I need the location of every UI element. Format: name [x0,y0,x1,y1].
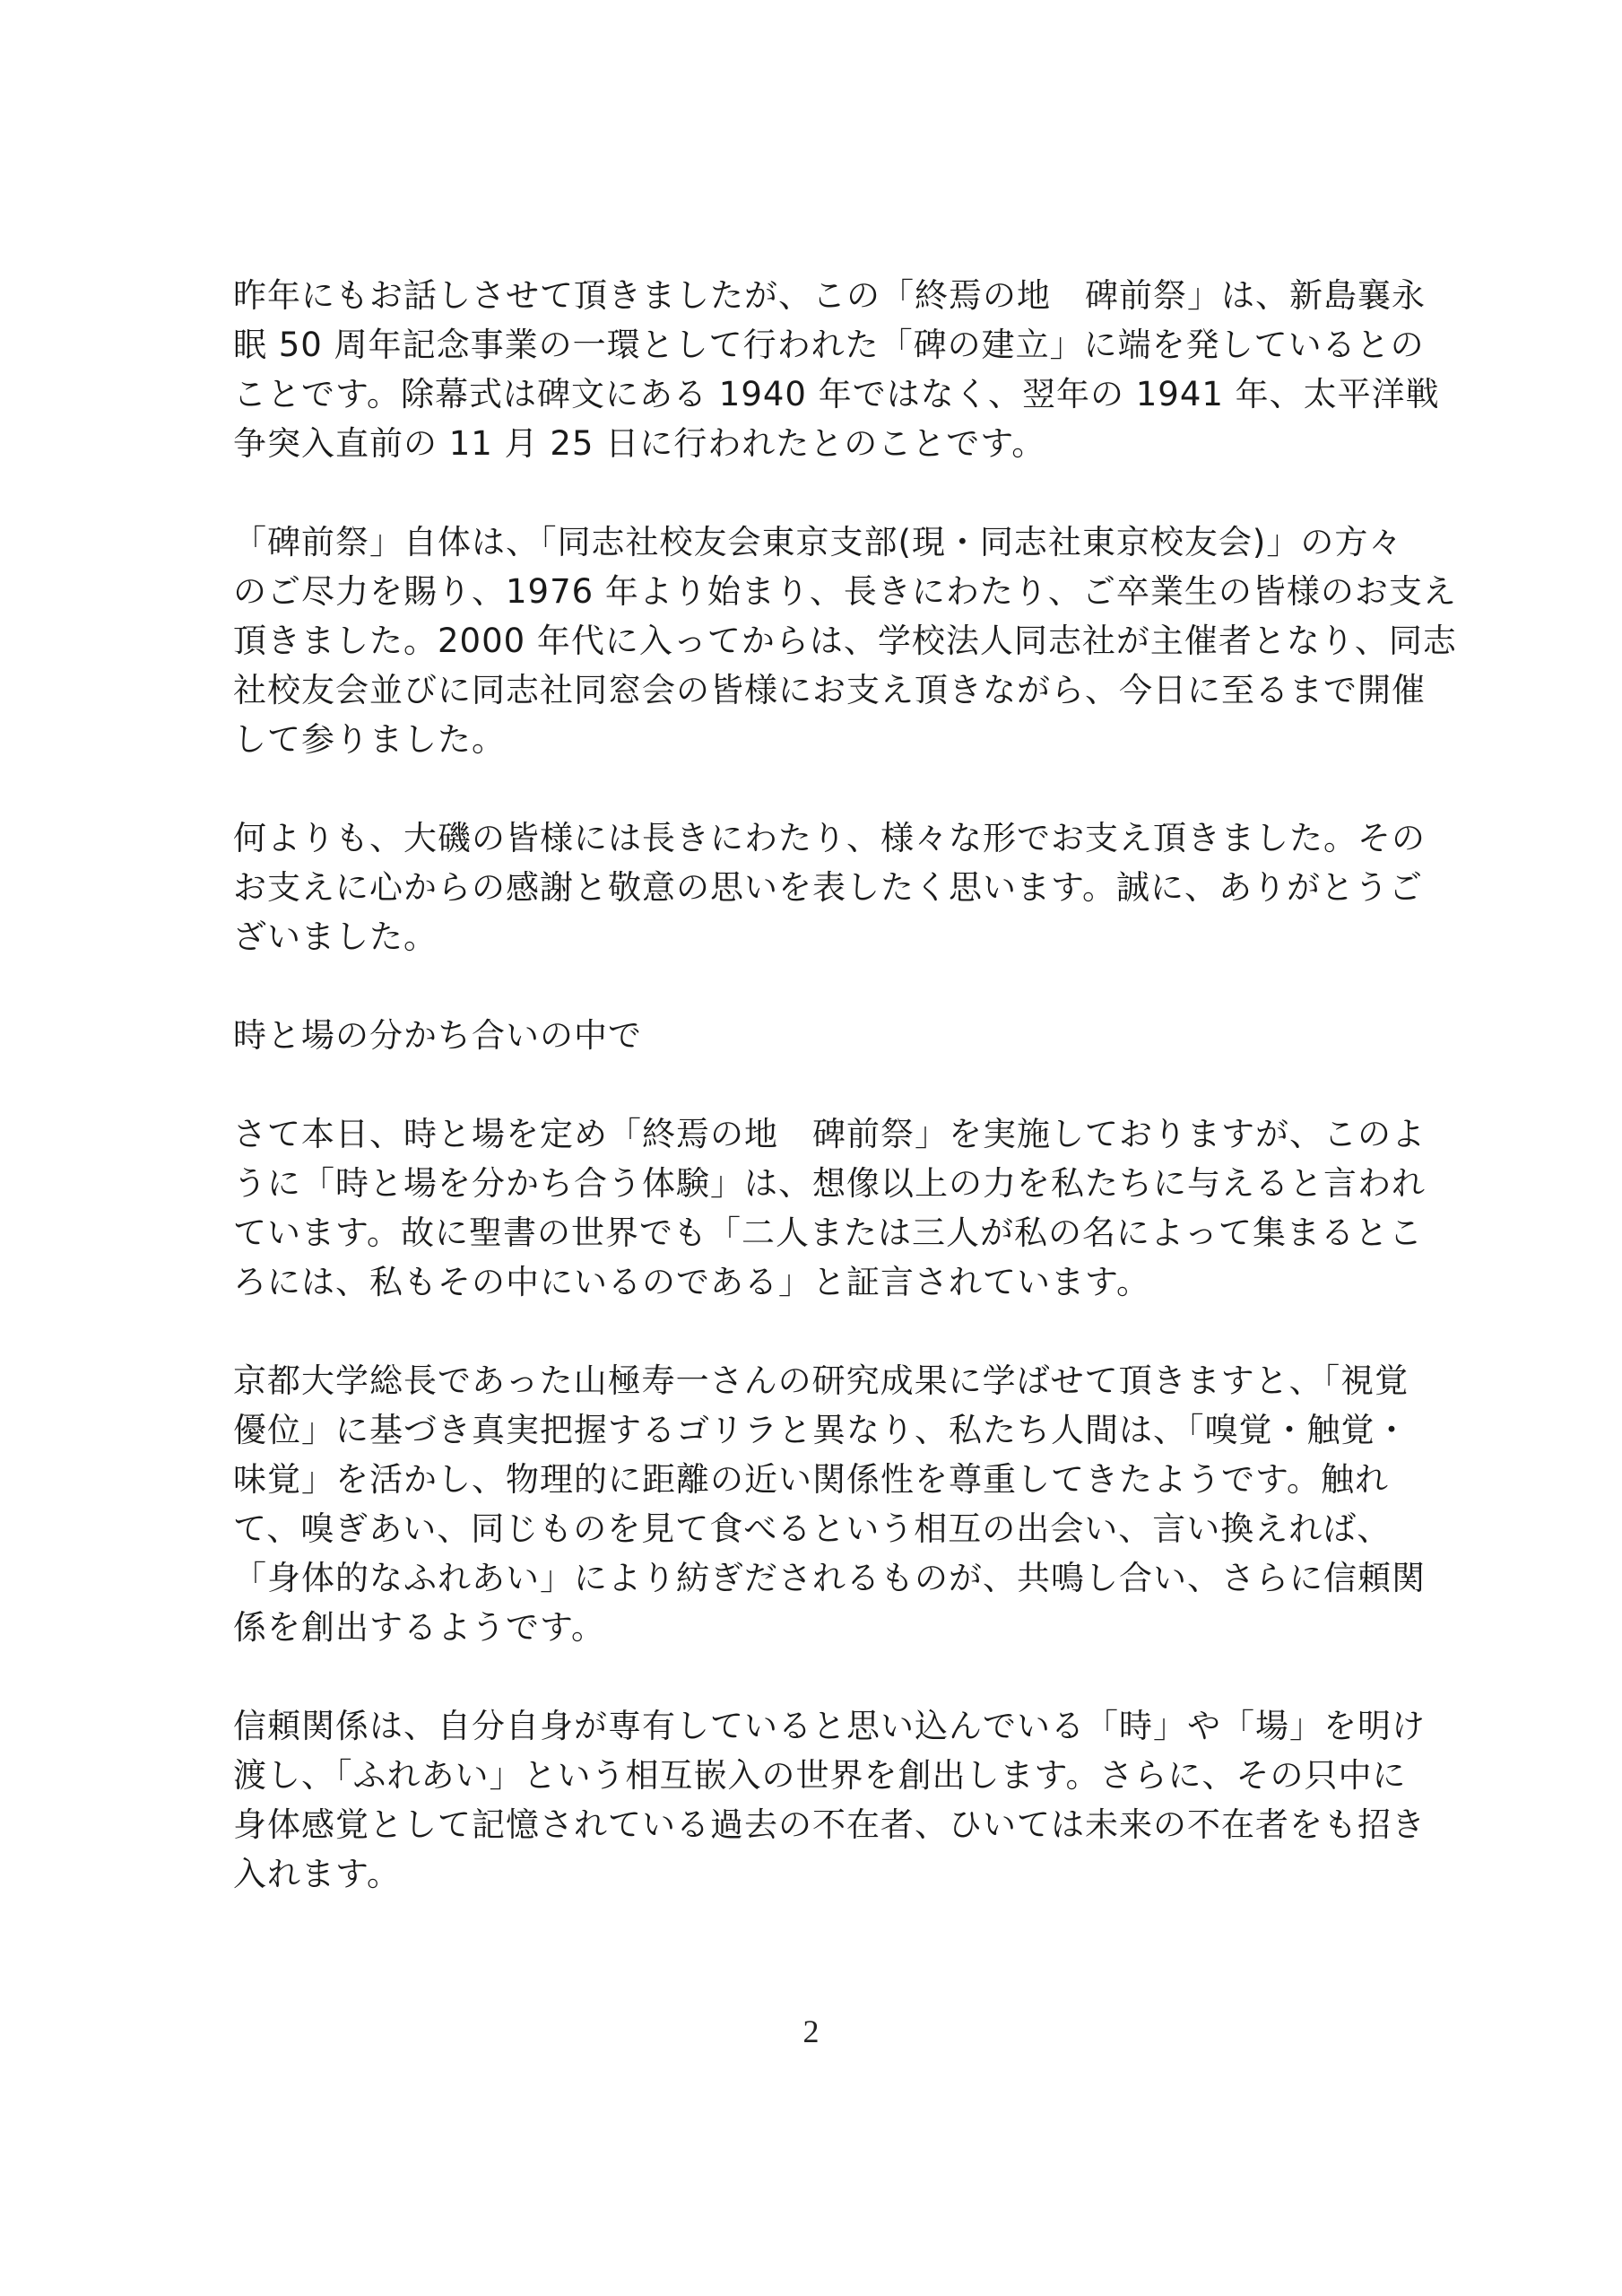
text-line: 優位」に基づき真実把握するゴリラと異なり、私たち人間は、「嗅覚・触覚・ [233,1405,1390,1455]
paragraph-research: 京都大学総長であった山極寿一さんの研究成果に学ばせて頂きますと、「視覚 優位」に… [233,1356,1390,1652]
text-line: 社校友会並びに同志社同窓会の皆様にお支え頂きながら、今日に至るまで開催 [233,665,1390,715]
paragraph-monument-history: 昨年にもお話しさせて頂きましたが、この「終焉の地 碑前祭」は、新島襄永 眠 50… [233,271,1390,468]
text-line: 味覚」を活かし、物理的に距離の近い関係性を尊重してきたようです。触れ [233,1455,1390,1504]
text-line: のご尽力を賜り、1976 年より始まり、長きにわたり、ご卒業生の皆様のお支え [233,567,1390,616]
section-heading-text: 時と場の分かち合いの中で [233,1011,1390,1060]
text-line: 「身体的なふれあい」により紡ぎだされるものが、共鳴し合い、さらに信頼関 [233,1553,1390,1603]
text-line: 京都大学総長であった山極寿一さんの研究成果に学ばせて頂きますと、「視覚 [233,1356,1390,1405]
paragraph-shared-time-place: さて本日、時と場を定め「終焉の地 碑前祭」を実施しておりますが、このよ うに「時… [233,1109,1390,1307]
text-line: 入れます。 [233,1849,1390,1899]
text-line: さて本日、時と場を定め「終焉の地 碑前祭」を実施しておりますが、このよ [233,1109,1390,1159]
page-number: 2 [0,2009,1622,2054]
text-line: して参りました。 [233,715,1390,764]
text-line: て、嗅ぎあい、同じものを見て食べるという相互の出会い、言い換えれば、 [233,1504,1390,1553]
section-heading: 時と場の分かち合いの中で [233,1011,1390,1060]
text-line: 信頼関係は、自分自身が専有していると思い込んでいる「時」や「場」を明け [233,1701,1390,1751]
text-line: ています。故に聖書の世界でも「二人または三人が私の名によって集まるとこ [233,1208,1390,1257]
text-line: ことです。除幕式は碑文にある 1940 年ではなく、翌年の 1941 年、太平洋… [233,370,1390,419]
text-line: 何よりも、大磯の皆様には長きにわたり、様々な形でお支え頂きました。その [233,813,1390,863]
paragraph-gratitude: 何よりも、大磯の皆様には長きにわたり、様々な形でお支え頂きました。その お支えに… [233,813,1390,961]
paragraph-trust: 信頼関係は、自分自身が専有していると思い込んでいる「時」や「場」を明け 渡し、「… [233,1701,1390,1899]
text-line: お支えに心からの感謝と敬意の思いを表したく思います。誠に、ありがとうご [233,863,1390,912]
text-line: 眠 50 周年記念事業の一環として行われた「碑の建立」に端を発しているとの [233,320,1390,370]
document-body: 昨年にもお話しさせて頂きましたが、この「終焉の地 碑前祭」は、新島襄永 眠 50… [233,271,1390,1948]
paragraph-ceremony-origin: 「碑前祭」自体は、「同志社校友会東京支部(現・同志社東京校友会)」の方々 のご尽… [233,517,1390,764]
document-page: 昨年にもお話しさせて頂きましたが、この「終焉の地 碑前祭」は、新島襄永 眠 50… [0,0,1622,2296]
text-line: 「碑前祭」自体は、「同志社校友会東京支部(現・同志社東京校友会)」の方々 [233,517,1390,567]
text-line: 争突入直前の 11 月 25 日に行われたとのことです。 [233,419,1390,468]
text-line: 頂きました。2000 年代に入ってからは、学校法人同志社が主催者となり、同志 [233,616,1390,665]
text-line: うに「時と場を分かち合う体験」は、想像以上の力を私たちに与えると言われ [233,1159,1390,1208]
text-line: ろには、私もその中にいるのである」と証言されています。 [233,1257,1390,1307]
text-line: ざいました。 [233,912,1390,961]
text-line: 渡し、「ふれあい」という相互嵌入の世界を創出します。さらに、その只中に [233,1751,1390,1800]
text-line: 昨年にもお話しさせて頂きましたが、この「終焉の地 碑前祭」は、新島襄永 [233,271,1390,320]
text-line: 係を創出するようです。 [233,1603,1390,1652]
text-line: 身体感覚として記憶されている過去の不在者、ひいては未来の不在者をも招き [233,1800,1390,1849]
